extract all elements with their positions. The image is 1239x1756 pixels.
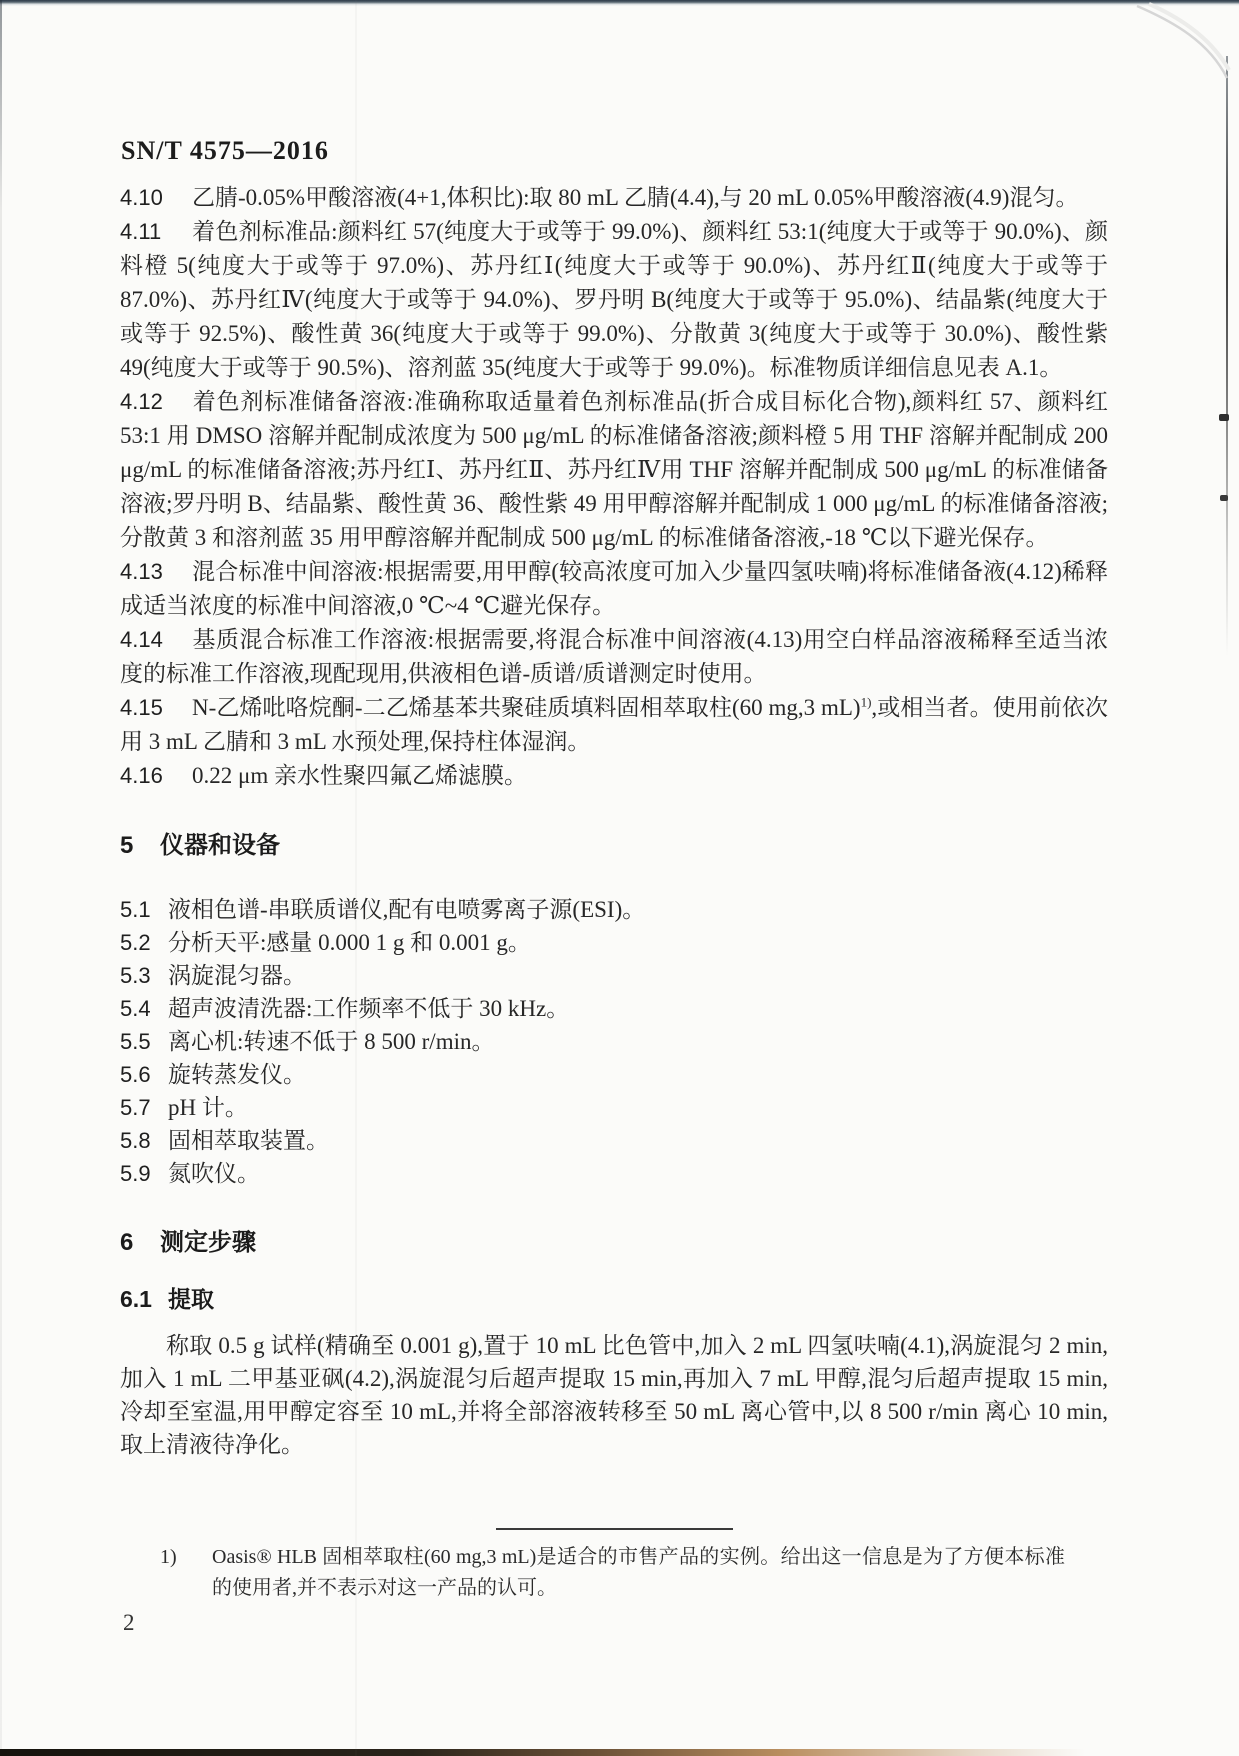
scan-edge-left bbox=[0, 0, 2, 1756]
clause-text: 乙腈-0.05%甲酸溶液(4+1,体积比):取 80 mL 乙腈(4.4),与 … bbox=[192, 185, 1078, 210]
clause-number: 5.3 bbox=[120, 959, 168, 992]
clause-number: 5.5 bbox=[120, 1025, 168, 1058]
clause-text: 基质混合标准工作溶液:根据需要,将混合标准中间溶液(4.13)用空白样品溶液稀释… bbox=[120, 627, 1108, 686]
section-4-reagents: 4.10乙腈-0.05%甲酸溶液(4+1,体积比):取 80 mL 乙腈(4.4… bbox=[120, 181, 1108, 793]
clause-text: 超声波清洗器:工作频率不低于 30 kHz。 bbox=[168, 996, 569, 1021]
clause-number: 4.11 bbox=[120, 215, 192, 249]
clause-5-7: 5.7pH 计。 bbox=[120, 1091, 1108, 1124]
clause-4-16: 4.160.22 μm 亲水性聚四氟乙烯滤膜。 bbox=[120, 759, 1108, 793]
clause-number: 5.8 bbox=[120, 1124, 168, 1157]
section-6-1-heading: 6.1提取 bbox=[120, 1283, 1108, 1316]
section-6-heading: 6测定步骤 bbox=[120, 1226, 1108, 1260]
section-5-apparatus: 5仪器和设备 5.1液相色谱-串联质谱仪,配有电喷雾离子源(ESI)。 5.2分… bbox=[120, 829, 1108, 1190]
clause-4-12: 4.12着色剂标准储备溶液:准确称取适量着色剂标准品(折合成目标化合物),颜料红… bbox=[120, 385, 1108, 555]
clause-number: 4.14 bbox=[120, 623, 192, 657]
clause-5-8: 5.8固相萃取装置。 bbox=[120, 1124, 1108, 1157]
clause-text: 着色剂标准品:颜料红 57(纯度大于或等于 99.0%)、颜料红 53:1(纯度… bbox=[120, 219, 1108, 380]
section-number: 5 bbox=[120, 829, 160, 863]
clause-number: 4.13 bbox=[120, 555, 192, 589]
clause-text: 分析天平:感量 0.000 1 g 和 0.001 g。 bbox=[168, 930, 531, 955]
clause-text: 固相萃取装置。 bbox=[168, 1128, 329, 1153]
clause-5-9: 5.9氮吹仪。 bbox=[120, 1157, 1108, 1190]
scan-edge-top bbox=[0, 0, 1239, 6]
clause-5-6: 5.6旋转蒸发仪。 bbox=[120, 1058, 1108, 1091]
clause-text: 液相色谱-串联质谱仪,配有电喷雾离子源(ESI)。 bbox=[168, 897, 645, 922]
clause-4-11: 4.11着色剂标准品:颜料红 57(纯度大于或等于 99.0%)、颜料红 53:… bbox=[120, 215, 1108, 385]
document-page: SN/T 4575—2016 4.10乙腈-0.05%甲酸溶液(4+1,体积比)… bbox=[0, 0, 1239, 1756]
standard-number: SN/T 4575—2016 bbox=[121, 136, 329, 166]
footnote-reference: 1) bbox=[861, 694, 872, 709]
scan-edge-right bbox=[1226, 56, 1228, 656]
clause-number: 5.9 bbox=[120, 1157, 168, 1190]
clause-number: 5.6 bbox=[120, 1058, 168, 1091]
clause-5-3: 5.3涡旋混匀器。 bbox=[120, 959, 1108, 992]
footnote-separator bbox=[496, 1528, 733, 1530]
clause-number: 5.2 bbox=[120, 926, 168, 959]
clause-text: 0.22 μm 亲水性聚四氟乙烯滤膜。 bbox=[192, 763, 527, 788]
page-content: 4.10乙腈-0.05%甲酸溶液(4+1,体积比):取 80 mL 乙腈(4.4… bbox=[120, 181, 1108, 1604]
clause-number: 5.4 bbox=[120, 992, 168, 1025]
scan-edge-bottom bbox=[0, 1749, 1085, 1756]
section-title: 仪器和设备 bbox=[160, 832, 280, 859]
section-5-list: 5.1液相色谱-串联质谱仪,配有电喷雾离子源(ESI)。 5.2分析天平:感量 … bbox=[120, 893, 1108, 1190]
clause-4-10: 4.10乙腈-0.05%甲酸溶液(4+1,体积比):取 80 mL 乙腈(4.4… bbox=[120, 181, 1108, 215]
extraction-paragraph: 称取 0.5 g 试样(精确至 0.001 g),置于 10 mL 比色管中,加… bbox=[120, 1329, 1108, 1461]
clause-number: 4.12 bbox=[120, 385, 192, 419]
clause-text: 离心机:转速不低于 8 500 r/min。 bbox=[168, 1029, 494, 1054]
footnote-text: Oasis® HLB 固相萃取柱(60 mg,3 mL)是适合的市售产品的实例。… bbox=[212, 1542, 1065, 1604]
section-number: 6 bbox=[120, 1226, 160, 1260]
scan-binding-mark bbox=[1220, 495, 1228, 501]
clause-4-14: 4.14基质混合标准工作溶液:根据需要,将混合标准中间溶液(4.13)用空白样品… bbox=[120, 623, 1108, 691]
subsection-title: 提取 bbox=[168, 1286, 214, 1312]
clause-5-1: 5.1液相色谱-串联质谱仪,配有电喷雾离子源(ESI)。 bbox=[120, 893, 1108, 926]
clause-5-5: 5.5离心机:转速不低于 8 500 r/min。 bbox=[120, 1025, 1108, 1058]
footnote: 1) Oasis® HLB 固相萃取柱(60 mg,3 mL)是适合的市售产品的… bbox=[120, 1542, 1065, 1604]
section-5-heading: 5仪器和设备 bbox=[120, 829, 1108, 863]
clause-text-part: N-乙烯吡咯烷酮-二乙烯基苯共聚硅质填料固相萃取柱(60 mg,3 mL) bbox=[192, 695, 861, 720]
clause-text: 着色剂标准储备溶液:准确称取适量着色剂标准品(折合成目标化合物),颜料红 57、… bbox=[120, 389, 1108, 550]
clause-number: 5.7 bbox=[120, 1091, 168, 1124]
scan-binding-mark bbox=[1219, 414, 1229, 421]
clause-text: N-乙烯吡咯烷酮-二乙烯基苯共聚硅质填料固相萃取柱(60 mg,3 mL)1),… bbox=[120, 695, 1108, 754]
clause-text: 涡旋混匀器。 bbox=[168, 963, 306, 988]
clause-number: 4.15 bbox=[120, 691, 192, 725]
clause-number: 4.10 bbox=[120, 181, 192, 215]
section-title: 测定步骤 bbox=[160, 1229, 256, 1256]
subsection-number: 6.1 bbox=[120, 1283, 168, 1316]
clause-number: 4.16 bbox=[120, 759, 192, 793]
page-number: 2 bbox=[123, 1610, 135, 1636]
clause-text: pH 计。 bbox=[168, 1095, 248, 1120]
clause-4-15: 4.15N-乙烯吡咯烷酮-二乙烯基苯共聚硅质填料固相萃取柱(60 mg,3 mL… bbox=[120, 691, 1108, 759]
clause-text: 旋转蒸发仪。 bbox=[168, 1062, 306, 1087]
clause-4-13: 4.13混合标准中间溶液:根据需要,用甲醇(较高浓度可加入少量四氢呋喃)将标准储… bbox=[120, 555, 1108, 623]
clause-5-4: 5.4超声波清洗器:工作频率不低于 30 kHz。 bbox=[120, 992, 1108, 1025]
clause-5-2: 5.2分析天平:感量 0.000 1 g 和 0.001 g。 bbox=[120, 926, 1108, 959]
section-6-procedure: 6测定步骤 6.1提取 称取 0.5 g 试样(精确至 0.001 g),置于 … bbox=[120, 1226, 1108, 1461]
footnote-marker: 1) bbox=[160, 1542, 212, 1604]
clause-text: 氮吹仪。 bbox=[168, 1161, 260, 1186]
clause-text: 混合标准中间溶液:根据需要,用甲醇(较高浓度可加入少量四氢呋喃)将标准储备液(4… bbox=[120, 559, 1108, 618]
page-curl-shadow bbox=[1119, 0, 1239, 90]
clause-number: 5.1 bbox=[120, 893, 168, 926]
